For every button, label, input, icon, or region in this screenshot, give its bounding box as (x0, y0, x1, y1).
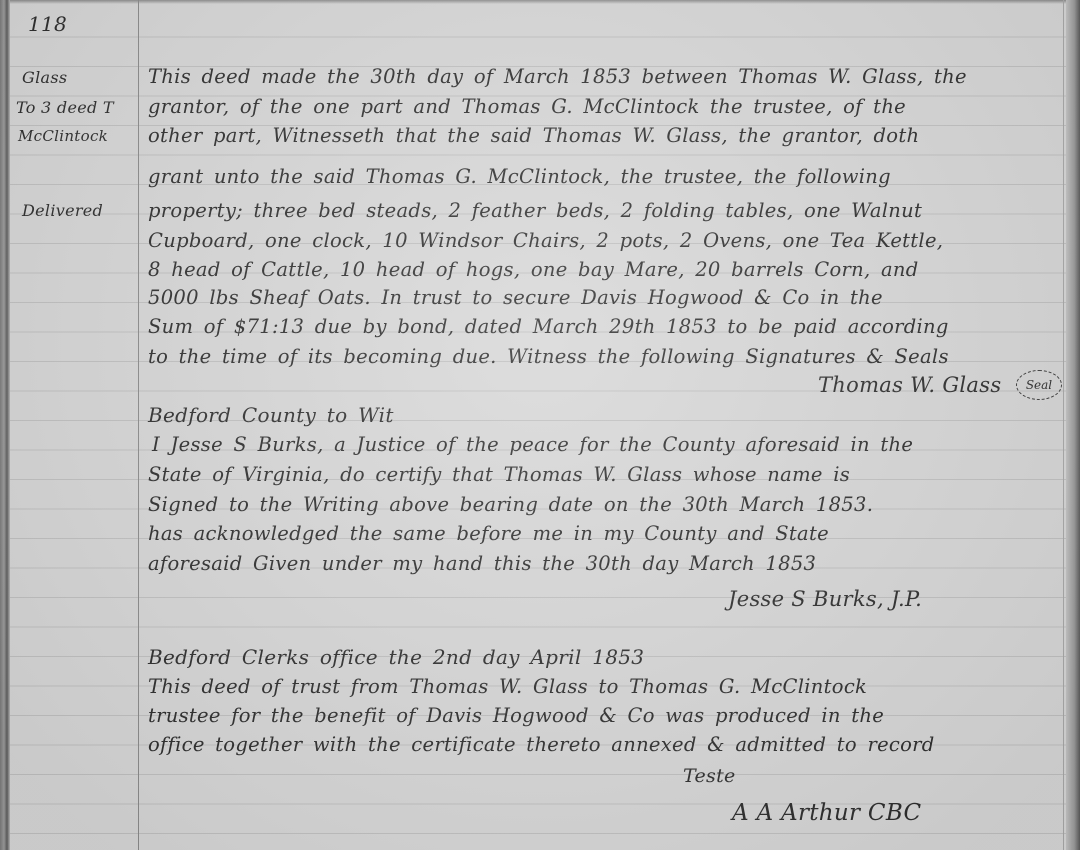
deed-line: other part, Witnesseth that the said Tho… (148, 124, 919, 147)
clerk-line: office together with the certificate the… (148, 733, 935, 756)
certificate-line: I Jesse S Burks, a Justice of the peace … (152, 433, 913, 456)
deed-line: 8 head of Cattle, 10 head of hogs, one b… (148, 258, 919, 281)
certificate-heading: Bedford County to Wit (148, 403, 394, 427)
page-number: 118 (28, 12, 67, 36)
seal-mark: Seal (1016, 370, 1062, 400)
certificate-line: State of Virginia, do certify that Thoma… (148, 463, 850, 486)
top-shadow (0, 0, 1080, 4)
clerk-line: Bedford Clerks office the 2nd day April … (148, 645, 644, 669)
margin-note-deed: To 3 deed T (16, 98, 114, 117)
seal-label: Seal (1026, 378, 1052, 392)
deed-line: 5000 lbs Sheaf Oats. In trust to secure … (148, 286, 883, 309)
margin-note-delivered: Delivered (22, 201, 103, 220)
margin-note-trustee: McClintock (18, 127, 108, 145)
certificate-line: aforesaid Given under my hand this the 3… (148, 552, 816, 575)
certificate-line: Signed to the Writing above bearing date… (148, 493, 873, 516)
margin-rule (138, 0, 139, 850)
binding-edge (0, 0, 10, 850)
ledger-page: 118 Glass To 3 deed T McClintock Deliver… (0, 0, 1080, 850)
deed-line: grantor, of the one part and Thomas G. M… (148, 95, 906, 118)
deed-line: Sum of $71:13 due by bond, dated March 2… (148, 315, 949, 338)
deed-line: to the time of its becoming due. Witness… (148, 345, 949, 368)
deed-line: grant unto the said Thomas G. McClintock… (148, 165, 891, 188)
deed-line: This deed made the 30th day of March 185… (148, 65, 967, 88)
right-rule (1063, 0, 1064, 850)
teste-label: Teste (683, 765, 736, 787)
margin-note-grantor: Glass (22, 68, 67, 87)
deed-line: property; three bed steads, 2 feather be… (148, 199, 922, 222)
grantor-signature: Thomas W. Glass (818, 373, 1001, 397)
justice-signature: Jesse S Burks, J.P. (728, 587, 922, 611)
clerk-line: trustee for the benefit of Davis Hogwood… (148, 704, 884, 727)
clerk-line: This deed of trust from Thomas W. Glass … (148, 675, 867, 698)
clerk-signature: A A Arthur CBC (732, 800, 921, 826)
right-page-edge (1066, 0, 1080, 850)
certificate-line: has acknowledged the same before me in m… (148, 522, 829, 545)
deed-line: Cupboard, one clock, 10 Windsor Chairs, … (148, 229, 943, 252)
